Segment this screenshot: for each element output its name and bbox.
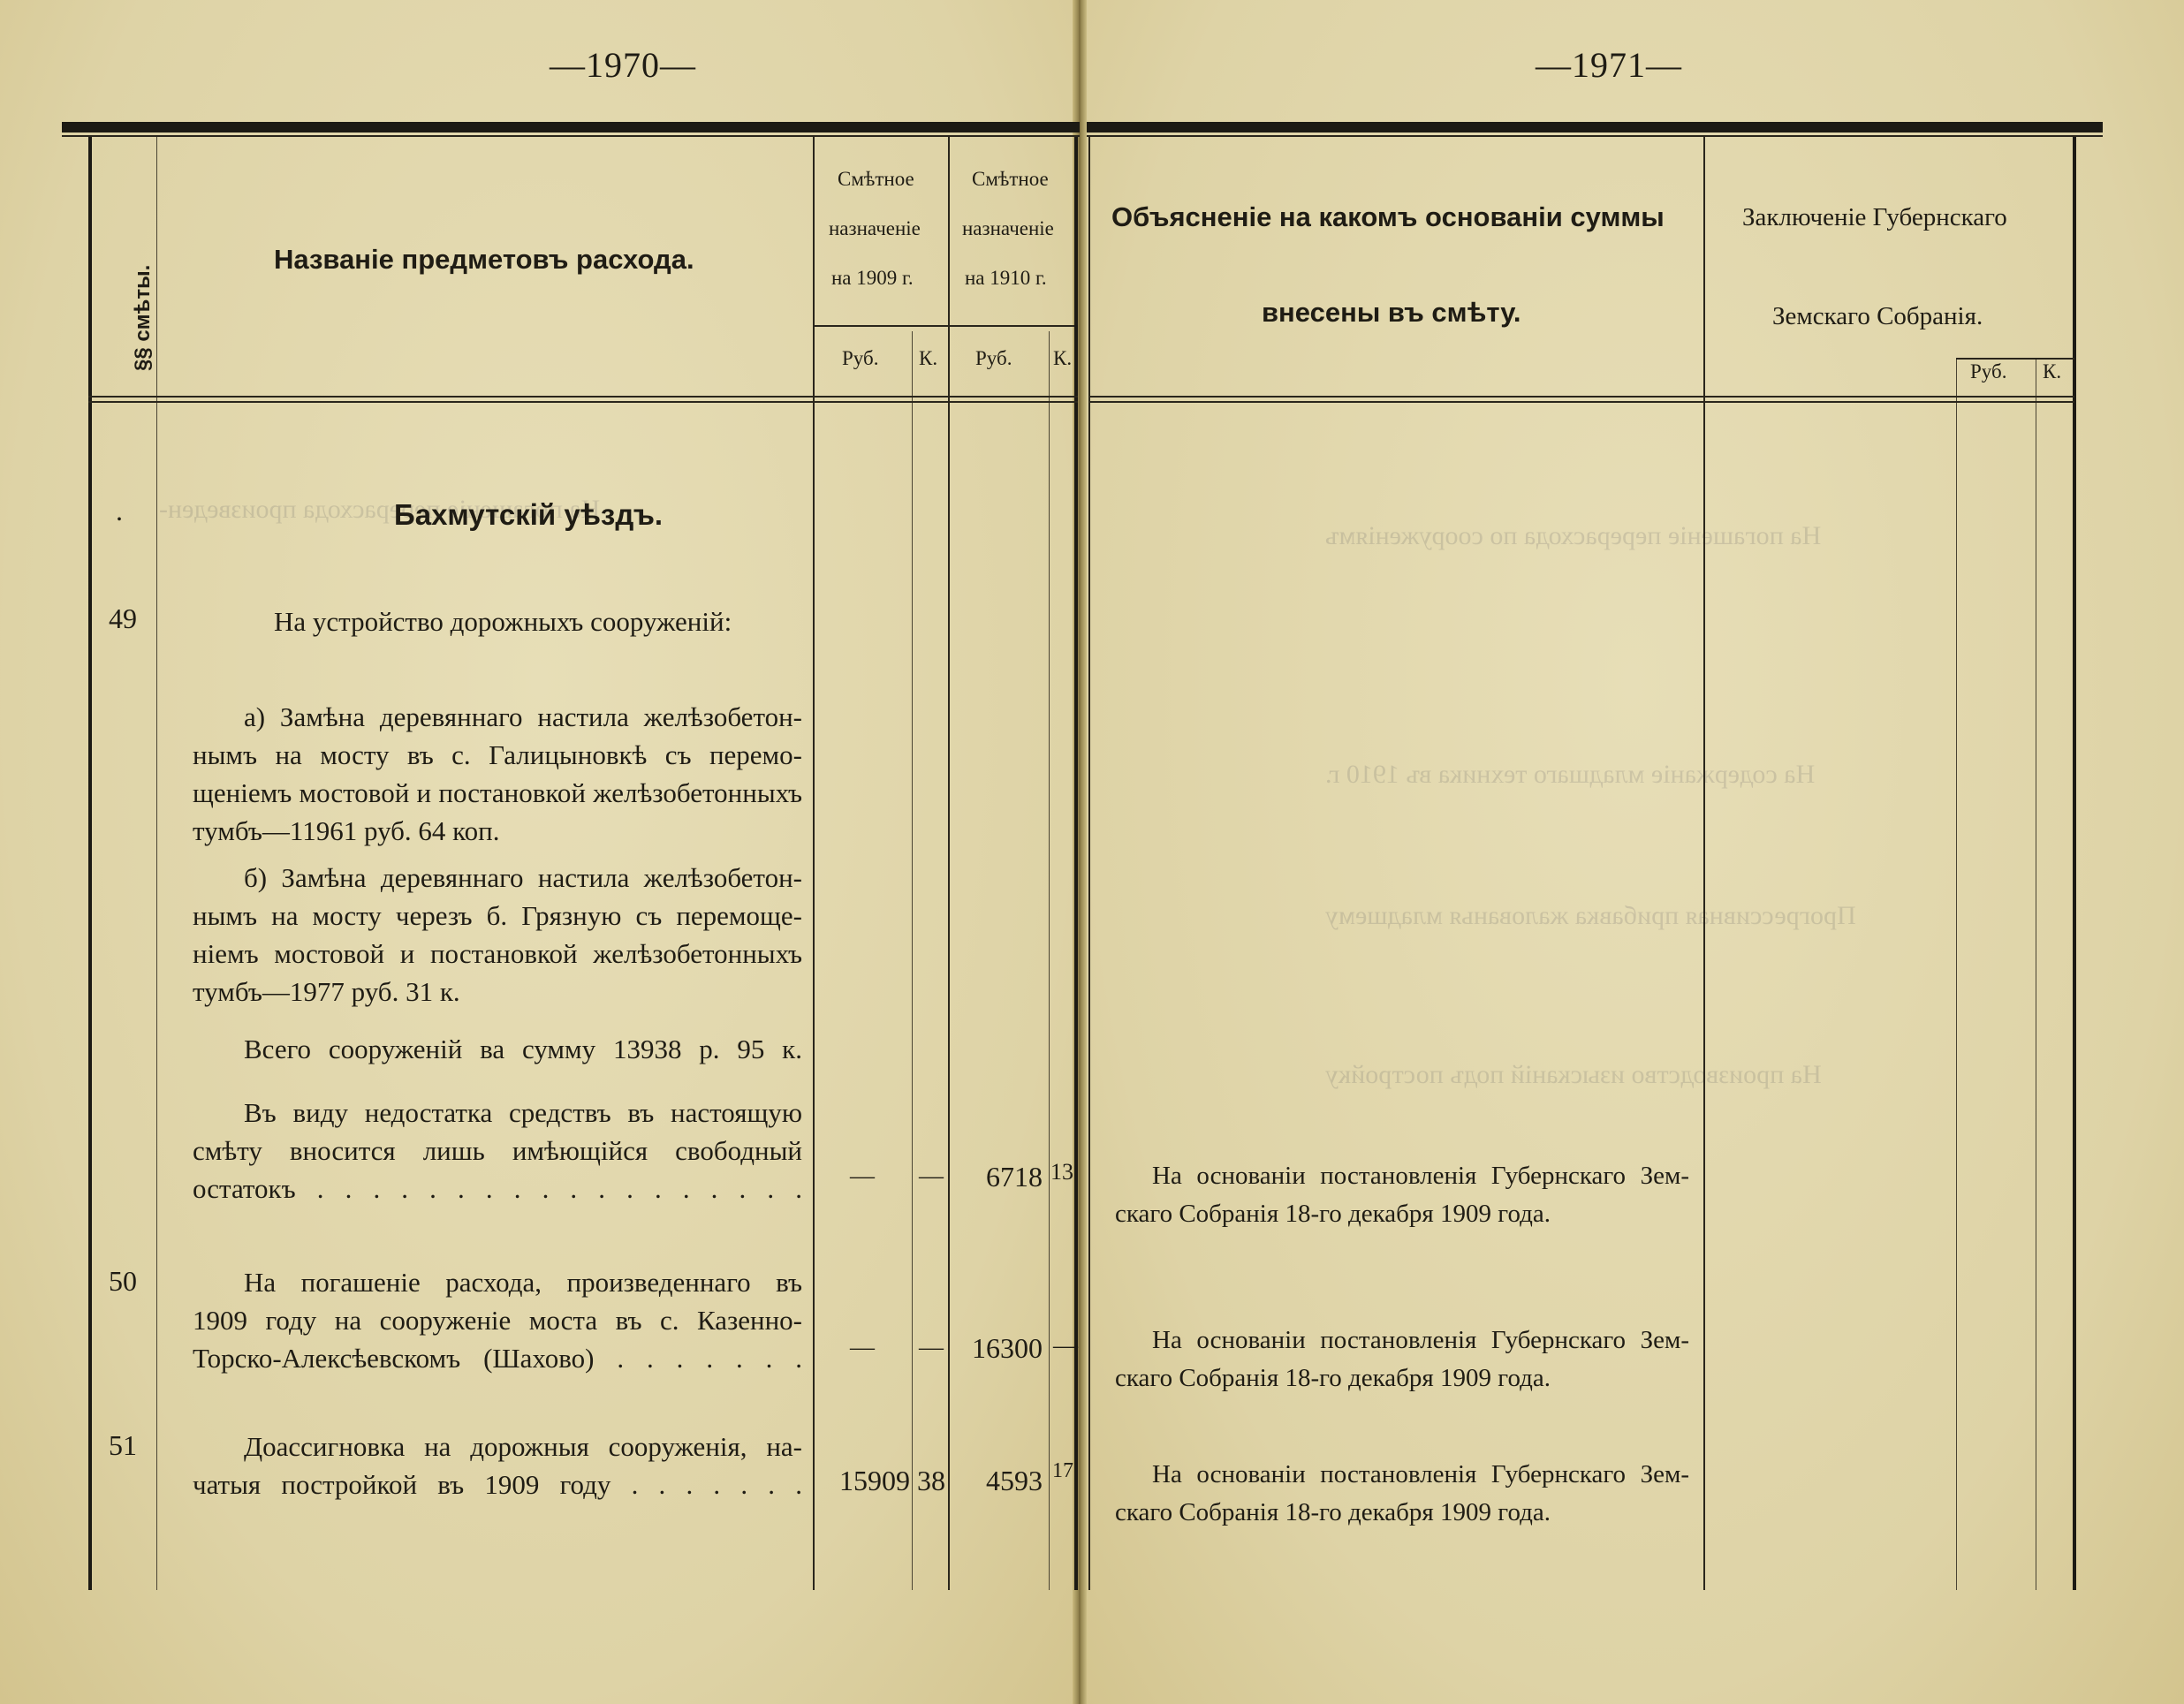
explanation-header-line2: внесены въ смѣту. [1262, 297, 1520, 329]
right-page [1080, 0, 2184, 1704]
est-1909-kop: К. [919, 347, 937, 370]
page-number-right: —1971— [1536, 44, 1682, 86]
top-rule-left [62, 122, 1080, 133]
text-line: Всего сооруженій ва сумму 13938 р. 95 к. [244, 1030, 802, 1068]
text-line: тумбъ—1977 руб. 31 к. [193, 973, 802, 1011]
column-divider [1049, 331, 1050, 1590]
row-49-item-a: а) Замѣна деревяннаго настила желѣзобето… [193, 698, 802, 850]
est-1910-kop: К. [1053, 347, 1072, 370]
table-border-right-right-page [2073, 137, 2076, 1590]
row-51-est1910-rub: 4593 [986, 1465, 1043, 1497]
header-bottom-rule [1088, 396, 2074, 398]
column-divider [948, 137, 950, 1590]
text-line: скаго Собранія 18-го декабря 1909 года. [1115, 1494, 1689, 1532]
text-line: тумбъ—11961 руб. 64 коп. [193, 812, 802, 850]
subheader-rule [1956, 358, 2074, 360]
table-border-left-right-page [1088, 137, 1090, 1590]
text-line: остатокъ . . . . . . . . . . . . . . . .… [193, 1170, 802, 1208]
section-column-header: §§ смѣты. [131, 265, 155, 371]
row-50-est1910-kop: — [1053, 1332, 1078, 1360]
text-line: нымъ на мосту въ с. Галицыновкѣ съ перем… [193, 736, 802, 774]
text-line: чатыя постройкой въ 1909 году . . . . . … [193, 1465, 802, 1503]
text-line: На основаніи постановленія Губернскаго З… [1115, 1157, 1689, 1195]
row-49-est1910-rub: 6718 [986, 1161, 1043, 1193]
text-line: Торско-Алексѣевскомъ (Шахово) . . . . . … [193, 1339, 802, 1377]
row-49-item-b: б) Замѣна деревяннаго настила желѣзобето… [193, 859, 802, 1011]
page-number-left: —1970— [550, 44, 696, 86]
text-line: На основаніи постановленія Губернскаго З… [1115, 1456, 1689, 1494]
row-50-text: На погашеніе расхода, произведеннаго въ … [193, 1263, 802, 1377]
row-50-est1909-kop: — [919, 1334, 944, 1362]
est-1909-line2: назначеніе [829, 217, 921, 240]
row-49-total: Всего сооруженій ва сумму 13938 р. 95 к. [244, 1030, 802, 1068]
row-51-est1910-kop: 17 [1052, 1459, 1073, 1483]
conclusion-kop: К. [2043, 360, 2061, 383]
table-border-left [88, 137, 92, 1590]
row-50-est1909-rub: — [850, 1334, 875, 1362]
conclusion-header-line2: Земскаго Собранія. [1772, 302, 1983, 331]
header-bottom-rule [88, 396, 1078, 398]
est-1910-rub: Руб. [975, 347, 1012, 370]
bleed-through-text: На содержаніе младшаго техника въ 1910 г… [1325, 760, 1815, 790]
district-marker: . [116, 495, 123, 527]
bleed-through-text: Прогрессивная прибавка жалованья младшем… [1325, 901, 1856, 931]
est-1910-line1: Смѣтное [972, 168, 1049, 191]
text-line: а) Замѣна деревяннаго настила желѣзобето… [193, 698, 802, 736]
row-49-explanation: На основаніи постановленія Губернскаго З… [1115, 1157, 1689, 1233]
text-line: скаго Собранія 18-го декабря 1909 года. [1115, 1195, 1689, 1233]
column-divider [1956, 358, 1957, 1590]
text-line: Въ виду недостатка средствъ въ настоящую [193, 1094, 802, 1132]
district-title: Бахмутскій уѣздъ. [394, 498, 663, 532]
row-49-note: Въ виду недостатка средствъ въ настоящую… [193, 1094, 802, 1208]
text-line: скаго Собранія 18-го декабря 1909 года. [1115, 1359, 1689, 1397]
row-49-est1909-kop: — [919, 1163, 944, 1191]
table-border-right [1074, 137, 1078, 1590]
column-divider [156, 137, 157, 1590]
item-name-header: Названіе предметовъ расхода. [274, 244, 694, 276]
est-1910-line2: назначеніе [962, 217, 1054, 240]
text-line: смѣту вносится лишь имѣющійся свободный [193, 1132, 802, 1170]
bleed-through-text: На погашеніе перерасхода по сооруженіямъ [1325, 521, 1821, 551]
est-1909-line1: Смѣтное [838, 168, 914, 191]
row-50-explanation: На основаніи постановленія Губернскаго З… [1115, 1322, 1689, 1397]
top-rule-right-thin [1087, 135, 2103, 137]
row-49-title: На устройство дорожныхъ сооруженій: [274, 602, 732, 640]
text-line: б) Замѣна деревяннаго настила желѣзобето… [193, 859, 802, 897]
row-49-number: 49 [109, 602, 137, 635]
text-line: На погашеніе расхода, произведеннаго въ [193, 1263, 802, 1301]
row-50-number: 50 [109, 1265, 137, 1298]
column-divider [813, 137, 815, 1590]
row-51-text: Доассигновка на дорожныя сооруженія, на-… [193, 1428, 802, 1503]
text-line: 1909 году на сооруженіе моста въ с. Казе… [193, 1301, 802, 1339]
text-line: На основаніи постановленія Губернскаго З… [1115, 1322, 1689, 1359]
text-line: Доассигновка на дорожныя сооруженія, на- [193, 1428, 802, 1465]
row-50-est1910-rub: 16300 [972, 1332, 1043, 1365]
conclusion-header-line1: Заключеніе Губернскаго [1742, 203, 2007, 232]
row-51-est1909-kop: 38 [917, 1465, 945, 1497]
column-divider [2036, 358, 2036, 1590]
row-51-number: 51 [109, 1429, 137, 1462]
row-51-est1909-rub: 15909 [839, 1465, 910, 1497]
explanation-header-line1: Объясненіе на какомъ основаніи суммы [1111, 201, 1665, 233]
est-1909-line3: на 1909 г. [831, 267, 914, 290]
bleed-through-text: На производство изысканій подъ постройку [1325, 1060, 1822, 1090]
column-divider [912, 331, 913, 1590]
row-49-est1910-kop: 13 [1050, 1159, 1073, 1185]
top-rule-right [1087, 122, 2103, 133]
top-rule-left-thin [62, 135, 1080, 137]
row-51-explanation: На основаніи постановленія Губернскаго З… [1115, 1456, 1689, 1532]
subheader-rule [813, 325, 1074, 327]
est-1909-rub: Руб. [842, 347, 878, 370]
text-line: нымъ на мосту черезъ б. Грязную съ перем… [193, 897, 802, 935]
conclusion-rub: Руб. [1970, 360, 2006, 383]
est-1910-line3: на 1910 г. [965, 267, 1047, 290]
column-divider [1703, 137, 1705, 1590]
text-line: ніемъ мостовой и постановкой желѣзобетон… [193, 935, 802, 973]
text-line: щеніемъ мостовой и постановкой желѣзобет… [193, 774, 802, 812]
row-49-est1909-rub: — [850, 1163, 875, 1191]
